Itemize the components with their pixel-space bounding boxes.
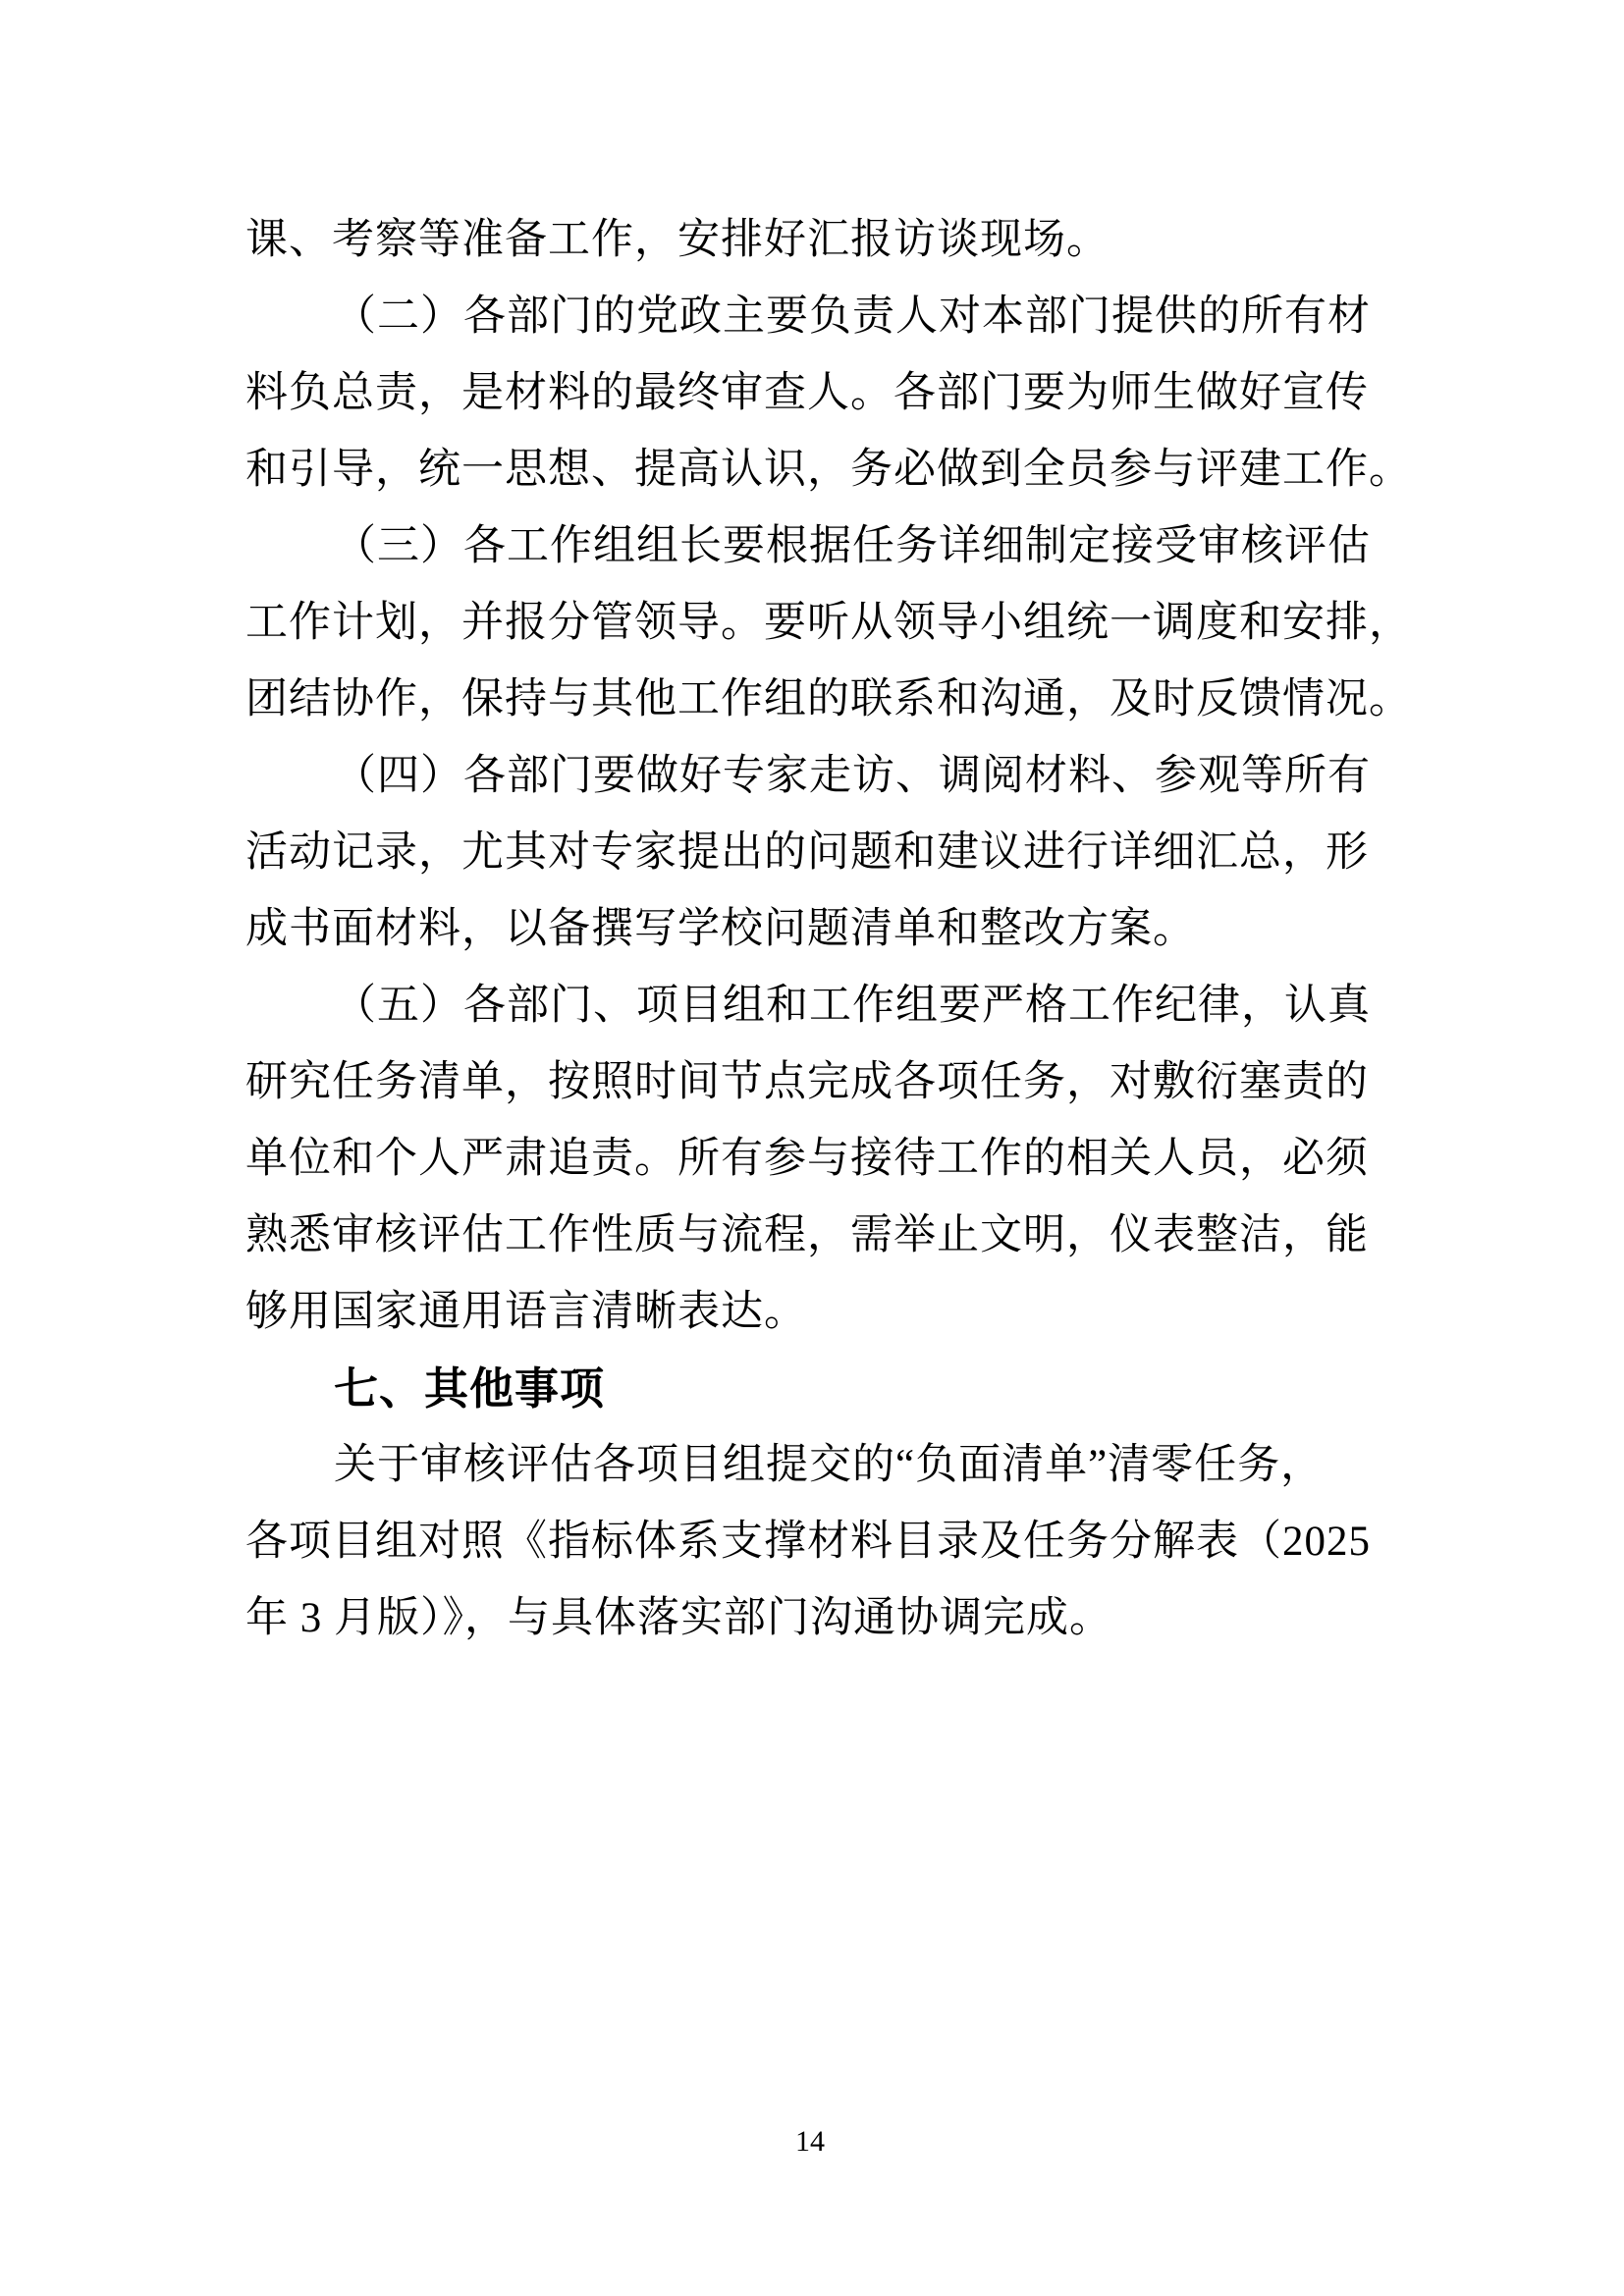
text-line: 熟悉审核评估工作性质与流程，需举止文明，仪表整洁，能 bbox=[245, 1198, 1375, 1274]
text-line: 够用国家通用语言清晰表达。 bbox=[245, 1274, 1375, 1351]
text-line: 课、考察等准备工作，安排好汇报访谈现场。 bbox=[245, 202, 1375, 279]
text-line: （二）各部门的党政主要负责人对本部门提供的所有材 bbox=[245, 279, 1375, 355]
text-line: 年 3 月版）》，与具体落实部门沟通协调完成。 bbox=[245, 1580, 1375, 1657]
text-line: 研究任务清单，按照时间节点完成各项任务，对敷衍塞责的 bbox=[245, 1044, 1375, 1121]
document-page: 课、考察等准备工作，安排好汇报访谈现场。 （二）各部门的党政主要负责人对本部门提… bbox=[0, 0, 1624, 2296]
page-number: 14 bbox=[245, 2120, 1375, 2163]
text-line: 料负总责，是材料的最终审查人。各部门要为师生做好宣传 bbox=[245, 355, 1375, 432]
text-line: 关于审核评估各项目组提交的“负面清单”清零任务， bbox=[245, 1427, 1375, 1504]
text-line: 单位和个人严肃追责。所有参与接待工作的相关人员，必须 bbox=[245, 1121, 1375, 1198]
text-line: 团结协作，保持与其他工作组的联系和沟通，及时反馈情况。 bbox=[245, 662, 1375, 738]
section-heading: 七、其他事项 bbox=[245, 1351, 1375, 1427]
text-line: （四）各部门要做好专家走访、调阅材料、参观等所有 bbox=[245, 738, 1375, 815]
text-line: 活动记录，尤其对专家提出的问题和建议进行详细汇总，形 bbox=[245, 815, 1375, 891]
text-line: （五）各部门、项目组和工作组要严格工作纪律，认真 bbox=[245, 968, 1375, 1044]
text-line: 工作计划，并报分管领导。要听从领导小组统一调度和安排， bbox=[245, 585, 1375, 662]
text-line: （三）各工作组组长要根据任务详细制定接受审核评估 bbox=[245, 508, 1375, 585]
text-line: 和引导，统一思想、提高认识，务必做到全员参与评建工作。 bbox=[245, 432, 1375, 508]
text-line: 各项目组对照《指标体系支撑材料目录及任务分解表（2025 bbox=[245, 1504, 1375, 1580]
text-line: 成书面材料，以备撰写学校问题清单和整改方案。 bbox=[245, 891, 1375, 968]
text-block: 课、考察等准备工作，安排好汇报访谈现场。 （二）各部门的党政主要负责人对本部门提… bbox=[245, 202, 1375, 1657]
